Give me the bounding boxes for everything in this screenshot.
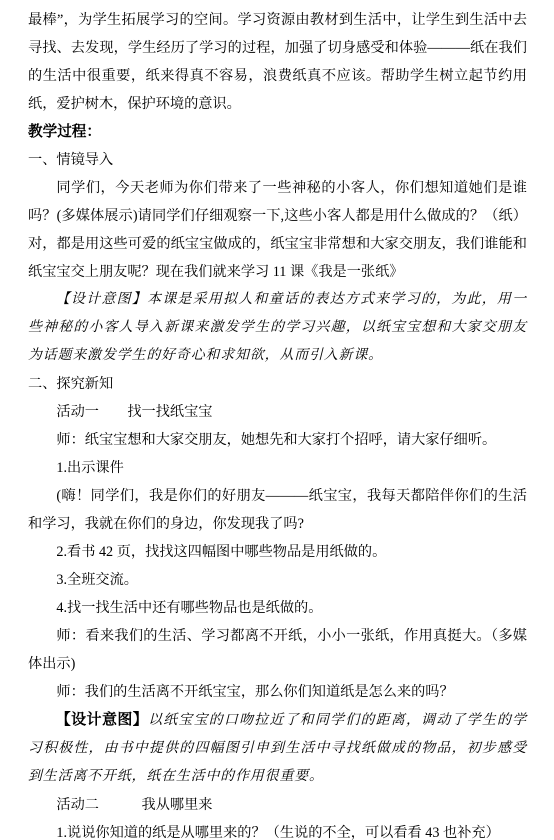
step-4-find-items: 4.找一找生活中还有哪些物品也是纸做的。 — [28, 594, 527, 622]
teacher-line-3: 师：我们的生活离不开纸宝宝，那么你们知道纸是怎么来的吗？ — [28, 678, 527, 706]
heading-teaching-process: 教学过程： — [28, 118, 527, 146]
paragraph-continuation: 最棒”，为学生拓展学习的空间。学习资源由教材到生活中，让学生到生活中去寻找、去发… — [28, 6, 527, 118]
activity-1-title: 活动一 找一找纸宝宝 — [28, 398, 527, 426]
teacher-line-2: 师：看来我们的生活、学习都离不开纸，小小一张纸，作用真挺大。（多媒体出示) — [28, 622, 527, 678]
paper-baby-greeting: (嗨！同学们，我是你们的好朋友———纸宝宝，我每天都陪伴你们的生活和学习，我就在… — [28, 482, 527, 538]
design-intent-2: 【设计意图】以纸宝宝的口吻拉近了和同学们的距离，调动了学生的学习积极性，由书中提… — [28, 706, 527, 791]
step-1-show-courseware: 1.出示课件 — [28, 454, 527, 482]
step-3-class-exchange: 3.全班交流。 — [28, 566, 527, 594]
document-page: 最棒”，为学生拓展学习的空间。学习资源由教材到生活中，让学生到生活中去寻找、去发… — [0, 0, 554, 840]
design-intent-1: 【设计意图】本课是采用拟人和童话的表达方式来学习的，为此，用一些神秘的小客人导入… — [28, 286, 527, 370]
teacher-line-1: 师：纸宝宝想和大家交朋友，她想先和大家打个招呼，请大家仔细听。 — [28, 426, 527, 454]
design-intent-2-label: 【设计意图】 — [56, 712, 148, 728]
section-heading-explore-new: 二、探究新知 — [28, 370, 527, 398]
section-heading-situation-intro: 一、情镜导入 — [28, 146, 527, 174]
step-2-look-book: 2.看书 42 页，找找这四幅图中哪些物品是用纸做的。 — [28, 538, 527, 566]
activity-2-title: 活动二 我从哪里来 — [28, 791, 527, 819]
activity-2-step-1: 1.说说你知道的纸是从哪里来的？（生说的不全，可以看看 43 也补充） — [28, 819, 527, 840]
paragraph-intro-dialog: 同学们，今天老师为你们带来了一些神秘的小客人，你们想知道她们是谁吗？(多媒体展示… — [28, 174, 527, 286]
